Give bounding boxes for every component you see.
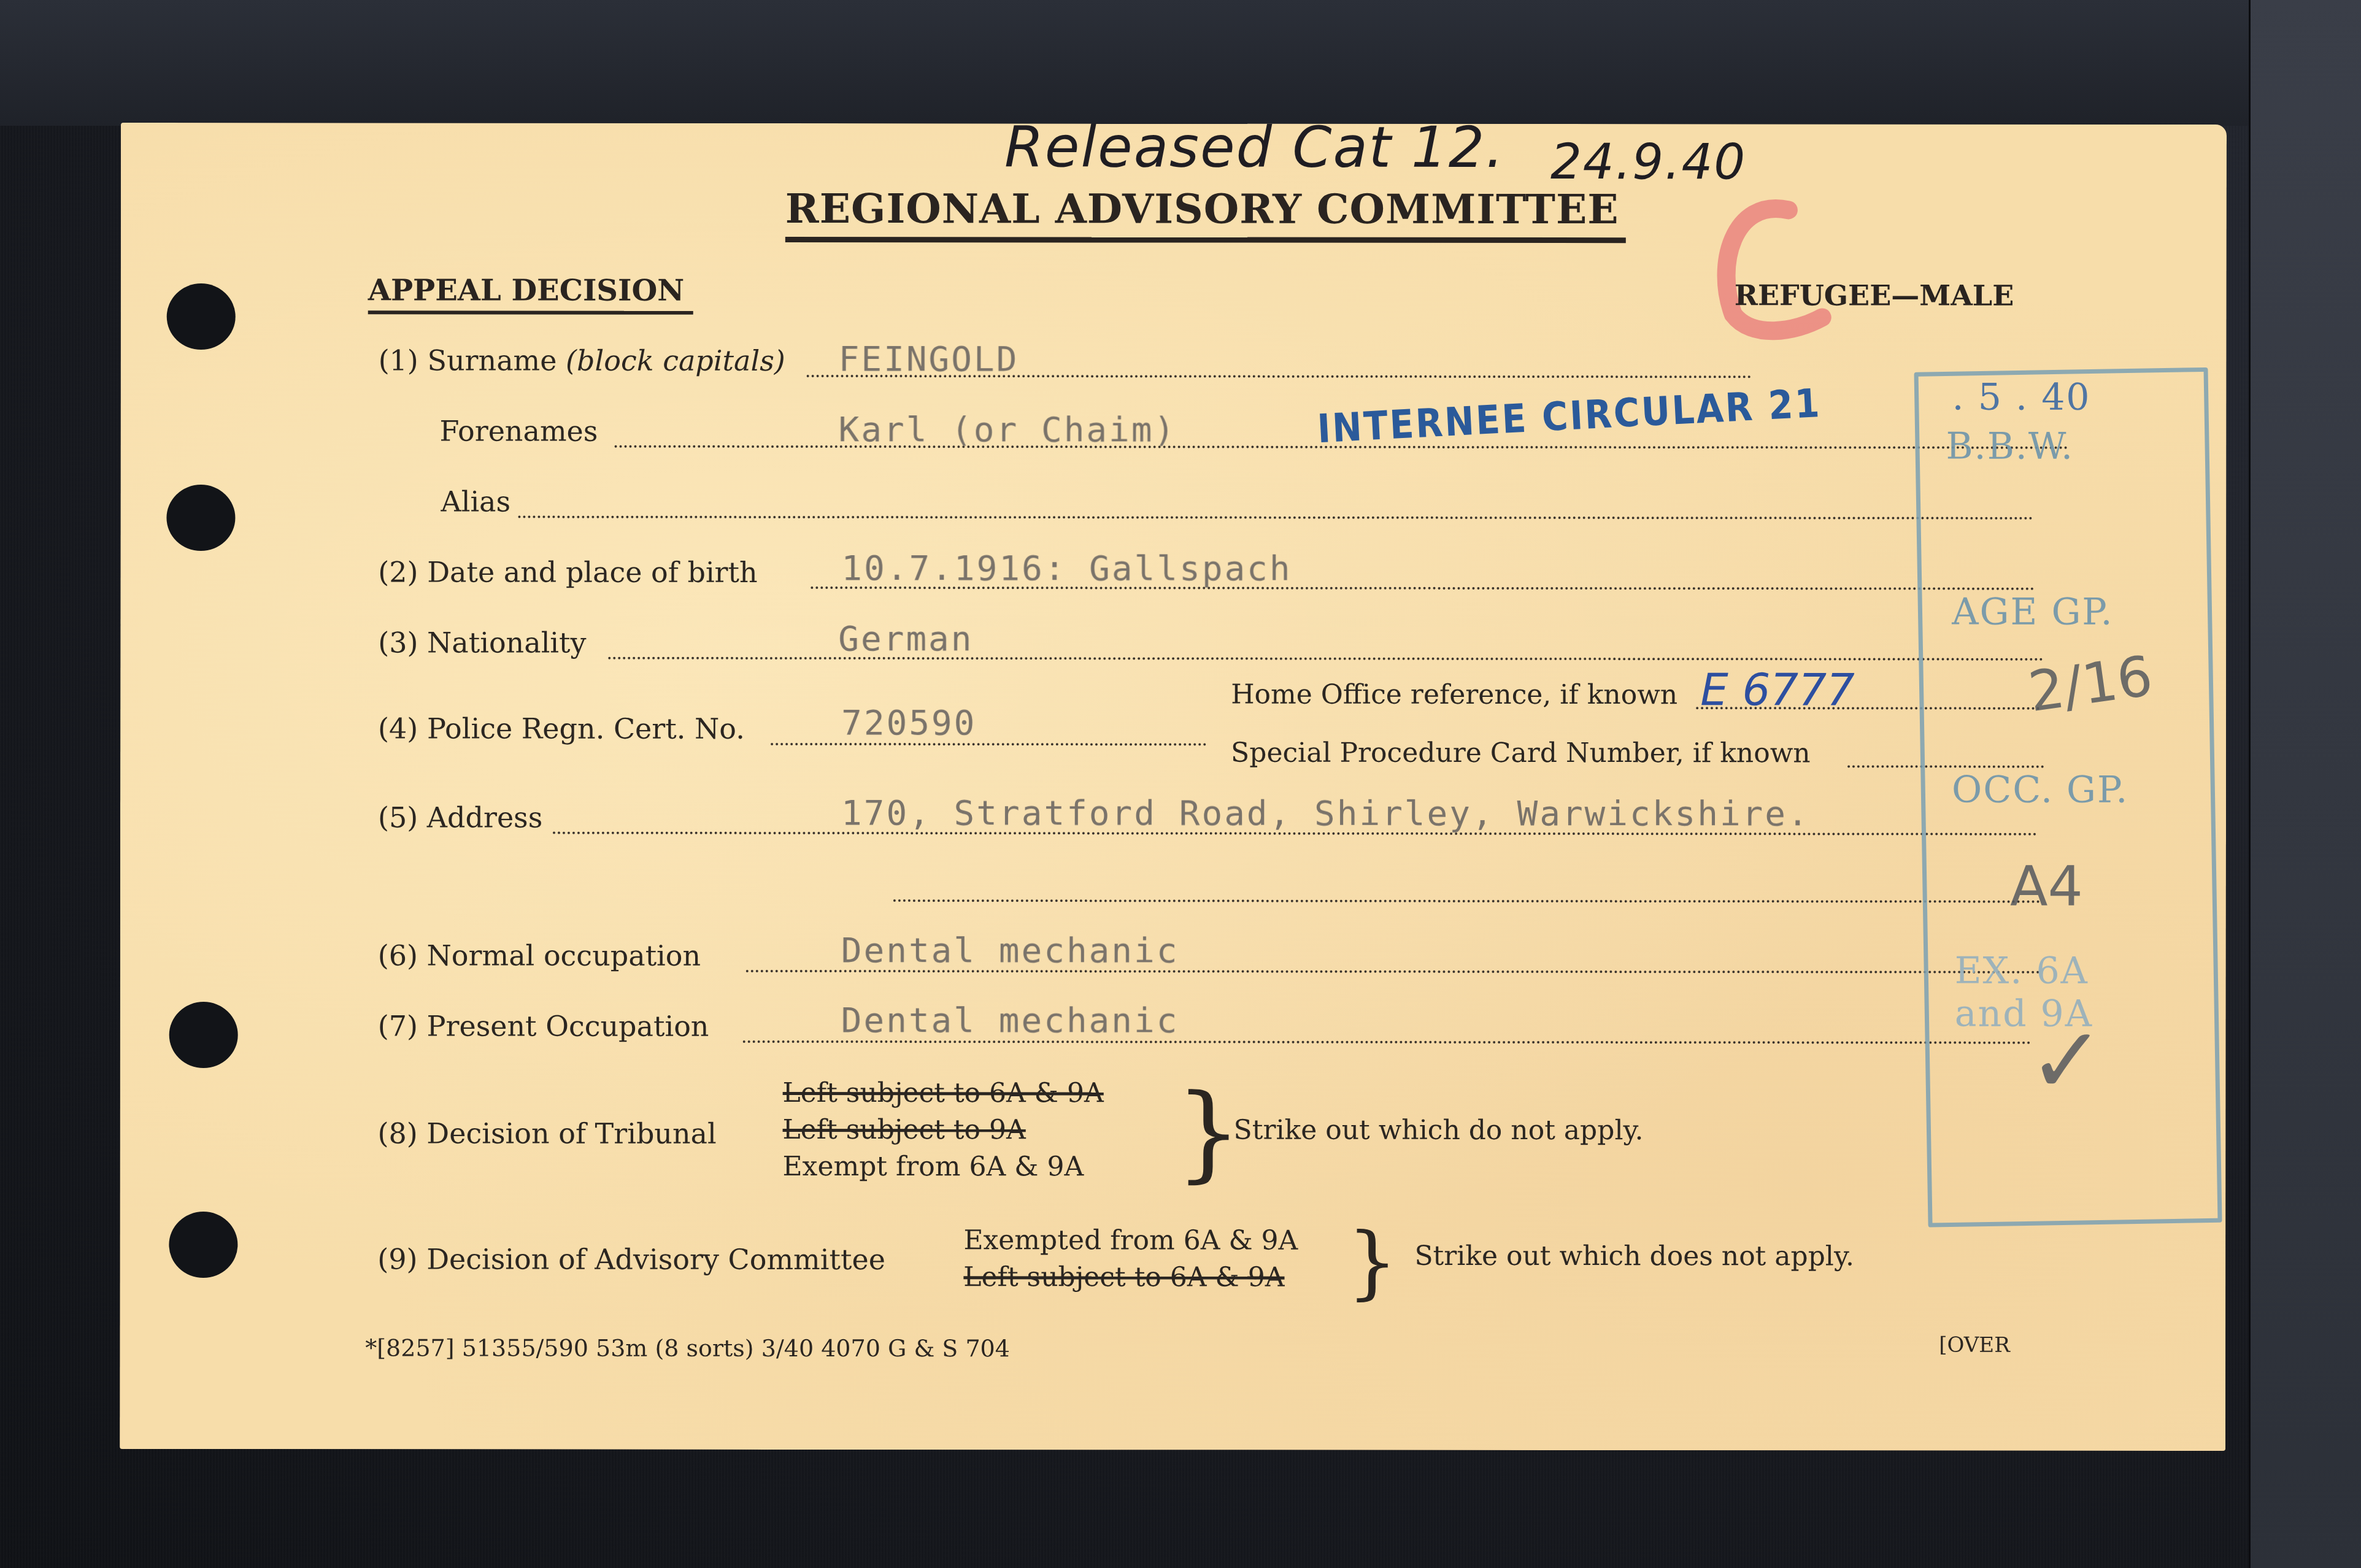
committee-option-exempted[interactable]: Exempted from 6A & 9A (963, 1224, 1298, 1256)
address-second-dotted-line (893, 899, 2041, 903)
folder-top-edge (0, 0, 2361, 126)
print-code: *[8257] 51355/590 53m (8 sorts) 3/40 407… (365, 1334, 1010, 1362)
committee-brace: } (1347, 1222, 1398, 1302)
nationality-value[interactable]: German (838, 619, 973, 659)
home-office-ref-value[interactable]: E 6777 (1700, 664, 1855, 715)
pencil-check-mark: ✓ (2028, 1008, 2106, 1115)
stamp-initials: B.B.W. (1946, 425, 2074, 468)
address-label: (5) Address (378, 801, 542, 834)
present-occupation-value[interactable]: Dental mechanic (841, 1001, 1179, 1040)
form-title: REGIONAL ADVISORY COMMITTEE (785, 185, 1619, 233)
over-note: [OVER (1939, 1333, 2010, 1358)
tribunal-instruction: Strike out which do not apply. (1234, 1115, 1644, 1147)
tribunal-option-left-subject-6a-9a[interactable]: Left subject to 6A & 9A (783, 1077, 1104, 1109)
tribunal-brace: } (1175, 1081, 1241, 1185)
committee-decision-label: (9) Decision of Advisory Committee (377, 1242, 885, 1276)
refugee-category: REFUGEE—MALE (1735, 279, 2014, 312)
section-title-appeal-decision: APPEAL DECISION (368, 273, 684, 307)
birth-value[interactable]: 10.7.1916: Gallspach (841, 548, 1292, 589)
folder-right-edge (2249, 0, 2361, 1568)
present-occupation-dotted-line (743, 1040, 2032, 1044)
special-procedure-label: Special Procedure Card Number, if known (1231, 737, 1811, 769)
section-underline (368, 310, 693, 314)
stamp-ex-line1: EX. 6A (1955, 950, 2089, 993)
tribunal-decision-label: (8) Decision of Tribunal (378, 1116, 717, 1150)
normal-occupation-value[interactable]: Dental mechanic (841, 931, 1179, 970)
address-value[interactable]: 170, Stratford Road, Shirley, Warwickshi… (841, 793, 1810, 834)
present-occupation-label: (7) Present Occupation (378, 1009, 709, 1042)
stamp-age-group-label: AGE GP. (1952, 591, 2113, 634)
surname-label: (1) Surname (block capitals) (379, 344, 785, 377)
tribunal-option-left-subject-9a[interactable]: Left subject to 9A (783, 1114, 1026, 1145)
committee-instruction: Strike out which does not apply. (1414, 1240, 1854, 1272)
police-cert-label: (4) Police Regn. Cert. No. (378, 712, 745, 745)
punch-hole (169, 1002, 238, 1068)
stamp-occ-group-label: OCC. GP. (1952, 769, 2128, 812)
red-crayon-c-mark (1697, 191, 1838, 351)
normal-occupation-label: (6) Normal occupation (378, 939, 701, 972)
forenames-value[interactable]: Karl (or Chaim) (839, 410, 1177, 450)
title-underline (785, 237, 1626, 243)
pencil-occ-group-value: A4 (2010, 855, 2083, 919)
nationality-label: (3) Nationality (378, 626, 586, 659)
punch-hole (169, 1212, 237, 1278)
alias-label: Alias (441, 485, 510, 518)
stamp-date: . 5 . 40 (1952, 376, 2091, 419)
handwritten-release-note: Released Cat 12. (1004, 114, 1505, 180)
appeal-decision-card: Released Cat 12. 24.9.40 REGIONAL ADVISO… (120, 123, 2227, 1451)
nationality-dotted-line (608, 657, 2044, 661)
surname-value[interactable]: FEINGOLD (839, 339, 1019, 379)
committee-option-left-subject[interactable]: Left subject to 6A & 9A (963, 1261, 1284, 1293)
punch-hole (166, 485, 235, 551)
forenames-label: Forenames (440, 414, 598, 447)
birth-label: (2) Date and place of birth (378, 555, 757, 589)
police-cert-value[interactable]: 720590 (841, 703, 976, 743)
tribunal-option-exempt[interactable]: Exempt from 6A & 9A (782, 1151, 1084, 1182)
police-cert-dotted-line (771, 743, 1206, 746)
internee-circular-stamp: INTERNEE CIRCULAR 21 (1316, 381, 1822, 452)
handwritten-date: 24.9.40 (1550, 133, 1746, 190)
home-office-ref-label: Home Office reference, if known (1231, 679, 1677, 711)
alias-dotted-line (518, 516, 2033, 520)
punch-hole (167, 283, 236, 350)
